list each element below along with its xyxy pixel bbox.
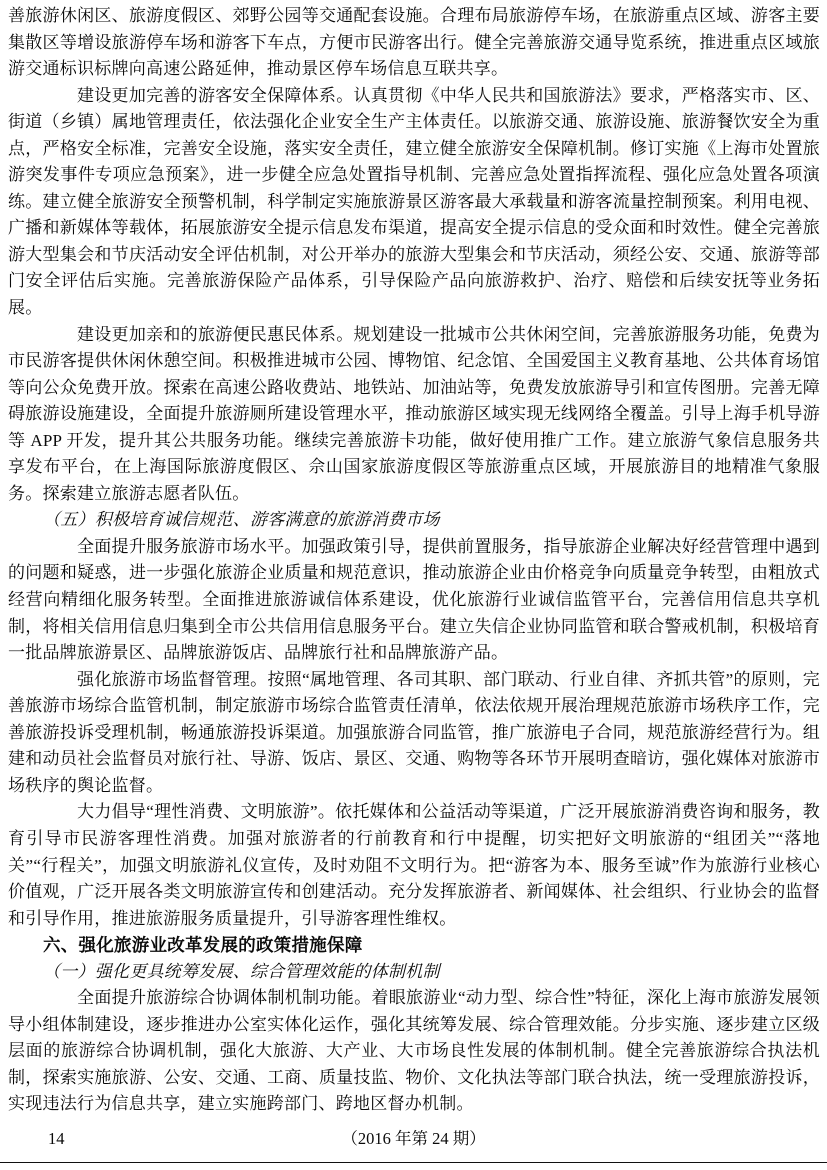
paragraph: 建设更加亲和的旅游便民惠民体系。规划建设一批城市公共休闲空间，完善旅游服务功能，… — [8, 322, 820, 508]
paragraph: 大力倡导“理性消费、文明旅游”。依托媒体和公益活动等渠道，广泛开展旅游消费咨询和… — [8, 799, 820, 932]
document-page: 善旅游休闲区、旅游度假区、郊野公园等交通配套设施。合理布局旅游停车场，在旅游重点… — [0, 0, 827, 1170]
paragraph: 全面提升旅游综合协调体制机制功能。着眼旅游业“动力型、综合性”特征，深化上海市旅… — [8, 985, 820, 1118]
page-footer: 14 （2016 年第 24 期） — [0, 1126, 827, 1152]
paragraph: 全面提升服务旅游市场水平。加强政策引导，提供前置服务，指导旅游企业解决好经营管理… — [8, 534, 820, 667]
paragraph: 善旅游休闲区、旅游度假区、郊野公园等交通配套设施。合理布局旅游停车场，在旅游重点… — [8, 3, 820, 83]
sub-heading: （五）积极培育诚信规范、游客满意的旅游消费市场 — [8, 507, 820, 534]
issue-label: （2016 年第 24 期） — [0, 1126, 827, 1152]
page-body-text: 善旅游休闲区、旅游度假区、郊野公园等交通配套设施。合理布局旅游停车场，在旅游重点… — [8, 3, 820, 1118]
paragraph: 建设更加完善的游客安全保障体系。认真贯彻《中华人民共和国旅游法》要求，严格落实市… — [8, 83, 820, 322]
paragraph: 强化旅游市场监督管理。按照“属地管理、各司其职、部门联动、行业自律、齐抓共管”的… — [8, 667, 820, 800]
section-heading: 六、强化旅游业改革发展的政策措施保障 — [8, 932, 820, 959]
bottom-divider — [0, 1162, 827, 1163]
sub-heading: （一）强化更具统筹发展、综合管理效能的体制机制 — [8, 959, 820, 986]
